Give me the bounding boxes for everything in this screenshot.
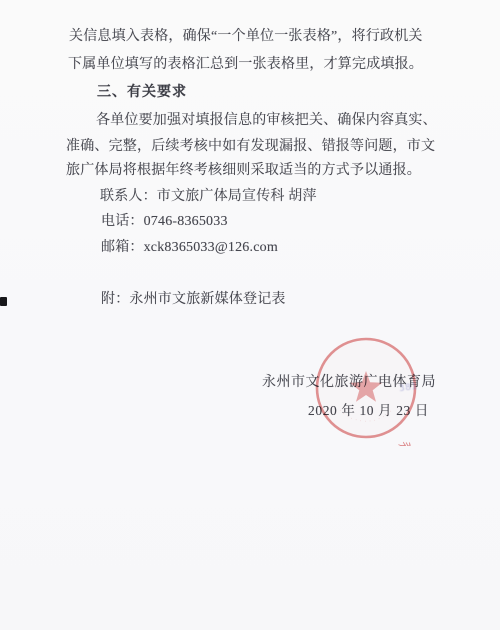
document-line: 关信息填入表格，确保“一个单位一张表格”，将行政机关	[69, 28, 423, 46]
signature-date: 2020 年 10 月 23 日	[308, 399, 429, 419]
section-heading: 三、有关要求	[97, 84, 187, 102]
contact-person-line: 联系人：市文旅广体局宣传科 胡萍	[100, 188, 317, 206]
scanned-document-page: 关信息填入表格，确保“一个单位一张表格”，将行政机关 下属单位填写的表格汇总到一…	[0, 0, 500, 630]
document-line: 准确、完整，后续考核中如有发现漏报、错报等问题，市文	[66, 138, 435, 156]
contact-phone-line: 电话：0746-8365033	[101, 213, 228, 231]
attachment-line: 附：永州市文旅新媒体登记表	[101, 291, 286, 309]
page-edge-mark	[0, 297, 7, 306]
contact-email-line: 邮箱：xck8365033@126.com	[101, 239, 278, 257]
document-line: 下属单位填写的表格汇总到一张表格里，才算完成填报。	[68, 56, 423, 74]
seal-code-mark: 381	[398, 382, 418, 395]
document-line: 各单位要加强对填报信息的审核把关、确保内容真实、	[96, 112, 437, 130]
seal-ring-text: 永州市文化旅游广电体育局	[311, 438, 420, 446]
document-line: 旅广体局将根据年终考核细则采取适当的方式予以通报。	[66, 162, 421, 180]
